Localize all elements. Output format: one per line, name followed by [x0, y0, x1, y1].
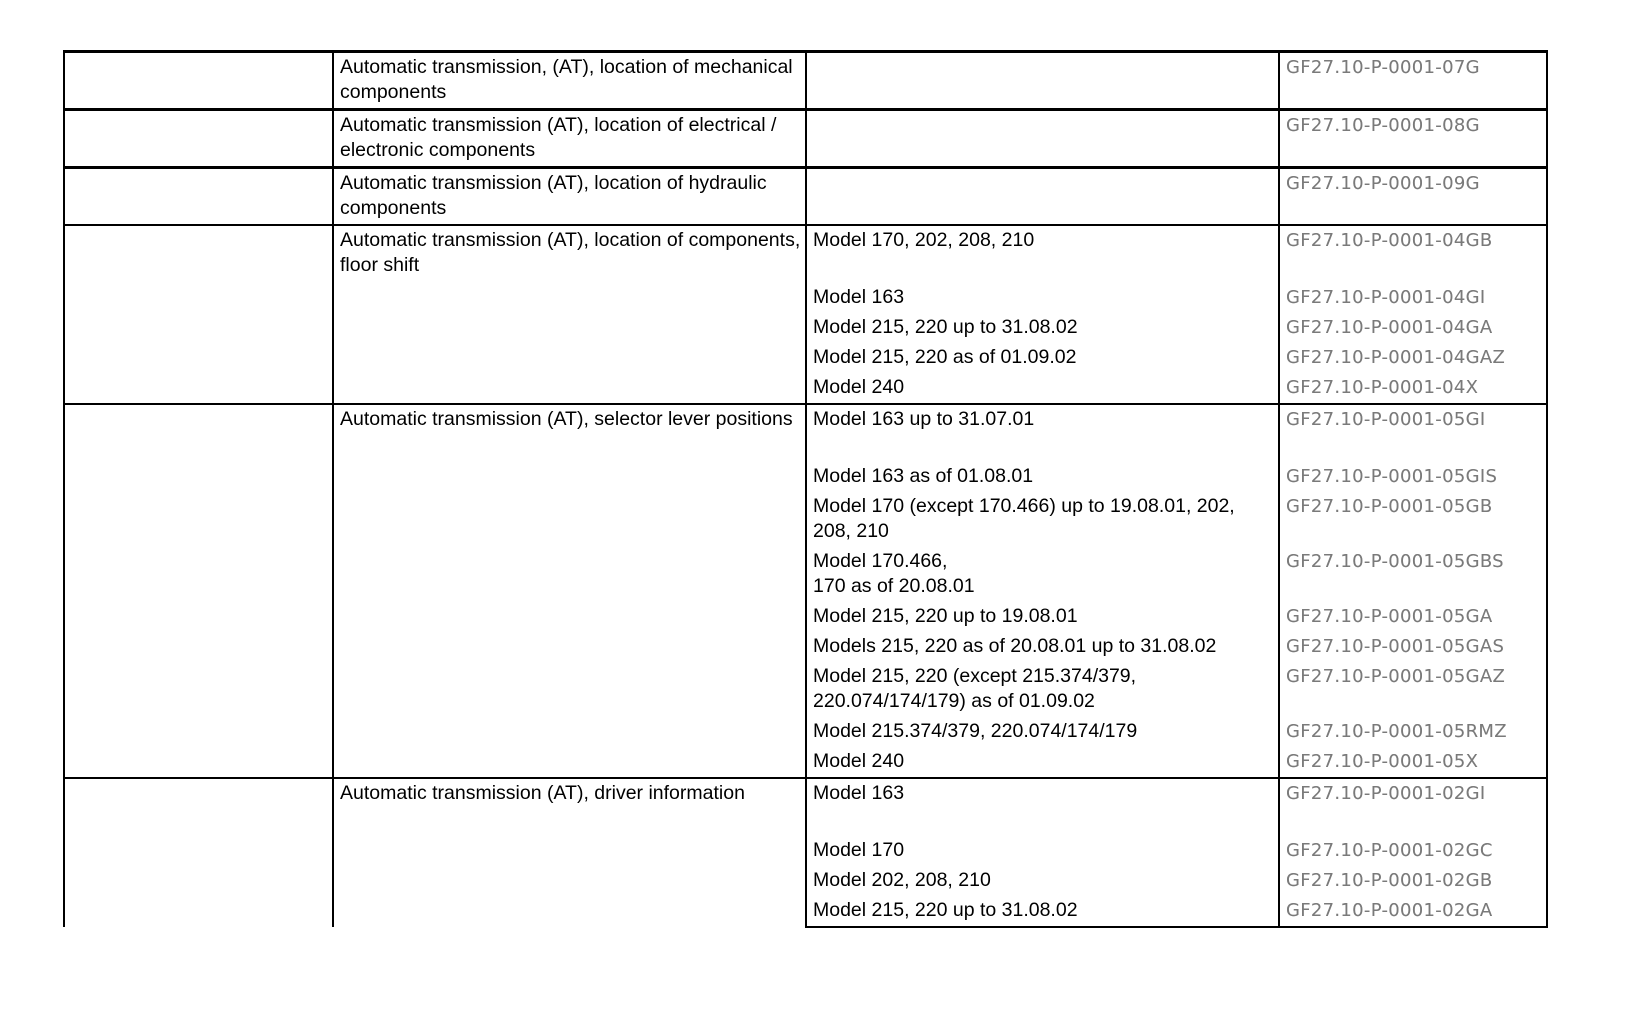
- model-applicability: Model 170: [806, 836, 1279, 866]
- table-row: Automatic transmission (AT), selector le…: [64, 404, 1547, 462]
- document-ref-link[interactable]: GF27.10-P-0001-08G: [1286, 115, 1480, 136]
- empty-cell: [64, 110, 333, 168]
- model-applicability: Model 170, 202, 208, 210: [806, 225, 1279, 283]
- model-applicability: Model 163 up to 31.07.01: [806, 404, 1279, 462]
- document-ref-link[interactable]: GF27.10-P-0001-05GAZ: [1286, 666, 1505, 687]
- document-ref-cell: GF27.10-P-0001-04GB: [1279, 225, 1547, 283]
- table-row: Automatic transmission, (AT), location o…: [64, 52, 1547, 110]
- document-ref-cell: GF27.10-P-0001-05GA: [1279, 602, 1547, 632]
- model-applicability: Model 215, 220 (except 215.374/379, 220.…: [806, 662, 1279, 717]
- document-ref-link[interactable]: GF27.10-P-0001-05X: [1286, 751, 1478, 772]
- document-ref-cell: GF27.10-P-0001-05GAS: [1279, 632, 1547, 662]
- model-applicability: Model 215, 220 up to 19.08.01: [806, 602, 1279, 632]
- model-applicability: Model 163 as of 01.08.01: [806, 462, 1279, 492]
- document-ref-link[interactable]: GF27.10-P-0001-07G: [1286, 57, 1480, 78]
- model-applicability: Model 215, 220 up to 31.08.02: [806, 896, 1279, 927]
- document-ref-cell: GF27.10-P-0001-05GBS: [1279, 547, 1547, 602]
- document-ref-link[interactable]: GF27.10-P-0001-02GI: [1286, 783, 1485, 804]
- document-ref-link[interactable]: GF27.10-P-0001-02GC: [1286, 840, 1493, 861]
- document-ref-link[interactable]: GF27.10-P-0001-05RMZ: [1286, 721, 1507, 742]
- model-applicability: Models 215, 220 as of 20.08.01 up to 31.…: [806, 632, 1279, 662]
- document-ref-cell: GF27.10-P-0001-05GIS: [1279, 462, 1547, 492]
- document-ref-cell: GF27.10-P-0001-02GA: [1279, 896, 1547, 927]
- topic-title: Automatic transmission (AT), location of…: [333, 168, 806, 226]
- table-row: Automatic transmission (AT), driver info…: [64, 778, 1547, 836]
- empty-cell: [64, 168, 333, 226]
- document-ref-cell: GF27.10-P-0001-05GB: [1279, 492, 1547, 547]
- table-row: Automatic transmission (AT), location of…: [64, 225, 1547, 283]
- document-ref-cell: GF27.10-P-0001-02GI: [1279, 778, 1547, 836]
- topic-title: Automatic transmission, (AT), location o…: [333, 52, 806, 110]
- document-ref-cell: GF27.10-P-0001-09G: [1279, 168, 1547, 226]
- table-row: Automatic transmission (AT), location of…: [64, 110, 1547, 168]
- document-ref-cell: GF27.10-P-0001-02GB: [1279, 866, 1547, 896]
- model-applicability: Model 215.374/379, 220.074/174/179: [806, 717, 1279, 747]
- document-ref-link[interactable]: GF27.10-P-0001-04X: [1286, 377, 1478, 398]
- document-ref-cell: GF27.10-P-0001-04GAZ: [1279, 343, 1547, 373]
- document-ref-link[interactable]: GF27.10-P-0001-04GB: [1286, 230, 1493, 251]
- model-applicability: [806, 168, 1279, 226]
- topic-title: Automatic transmission (AT), selector le…: [333, 404, 806, 778]
- document-ref-cell: GF27.10-P-0001-05GI: [1279, 404, 1547, 462]
- document-ref-cell: GF27.10-P-0001-02GC: [1279, 836, 1547, 866]
- document-ref-link[interactable]: GF27.10-P-0001-05GAS: [1286, 636, 1504, 657]
- model-applicability: Model 202, 208, 210: [806, 866, 1279, 896]
- model-applicability: Model 240: [806, 373, 1279, 404]
- model-applicability: Model 240: [806, 747, 1279, 778]
- empty-cell: [64, 404, 333, 778]
- document-ref-link[interactable]: GF27.10-P-0001-05GBS: [1286, 551, 1504, 572]
- document-ref-cell: GF27.10-P-0001-04GA: [1279, 313, 1547, 343]
- model-applicability: Model 215, 220 up to 31.08.02: [806, 313, 1279, 343]
- document-ref-cell: GF27.10-P-0001-08G: [1279, 110, 1547, 168]
- document-ref-link[interactable]: GF27.10-P-0001-09G: [1286, 173, 1480, 194]
- model-applicability: Model 215, 220 as of 01.09.02: [806, 343, 1279, 373]
- table-row: Automatic transmission (AT), location of…: [64, 168, 1547, 226]
- model-applicability: Model 163: [806, 283, 1279, 313]
- topic-title: Automatic transmission (AT), driver info…: [333, 778, 806, 927]
- table-body: Automatic transmission, (AT), location o…: [64, 52, 1547, 928]
- document-ref-link[interactable]: GF27.10-P-0001-05GIS: [1286, 466, 1497, 487]
- model-applicability: Model 163: [806, 778, 1279, 836]
- model-applicability: Model 170.466, 170 as of 20.08.01: [806, 547, 1279, 602]
- document-ref-cell: GF27.10-P-0001-05RMZ: [1279, 717, 1547, 747]
- model-applicability: [806, 110, 1279, 168]
- model-applicability: [806, 52, 1279, 110]
- empty-cell: [64, 52, 333, 110]
- model-applicability: Model 170 (except 170.466) up to 19.08.0…: [806, 492, 1279, 547]
- document-ref-link[interactable]: GF27.10-P-0001-02GB: [1286, 870, 1493, 891]
- topic-title: Automatic transmission (AT), location of…: [333, 225, 806, 404]
- empty-cell: [64, 778, 333, 927]
- document-ref-link[interactable]: GF27.10-P-0001-04GAZ: [1286, 347, 1505, 368]
- document-reference-table: Automatic transmission, (AT), location o…: [63, 50, 1548, 928]
- document-ref-link[interactable]: GF27.10-P-0001-05GB: [1286, 496, 1493, 517]
- document-ref-cell: GF27.10-P-0001-04GI: [1279, 283, 1547, 313]
- document-ref-link[interactable]: GF27.10-P-0001-05GI: [1286, 409, 1485, 430]
- topic-title: Automatic transmission (AT), location of…: [333, 110, 806, 168]
- document-ref-link[interactable]: GF27.10-P-0001-05GA: [1286, 606, 1492, 627]
- document-ref-cell: GF27.10-P-0001-05X: [1279, 747, 1547, 778]
- document-ref-cell: GF27.10-P-0001-05GAZ: [1279, 662, 1547, 717]
- document-ref-link[interactable]: GF27.10-P-0001-02GA: [1286, 900, 1492, 921]
- empty-cell: [64, 225, 333, 404]
- document-ref-cell: GF27.10-P-0001-04X: [1279, 373, 1547, 404]
- document-ref-link[interactable]: GF27.10-P-0001-04GI: [1286, 287, 1485, 308]
- document-ref-link[interactable]: GF27.10-P-0001-04GA: [1286, 317, 1492, 338]
- document-ref-cell: GF27.10-P-0001-07G: [1279, 52, 1547, 110]
